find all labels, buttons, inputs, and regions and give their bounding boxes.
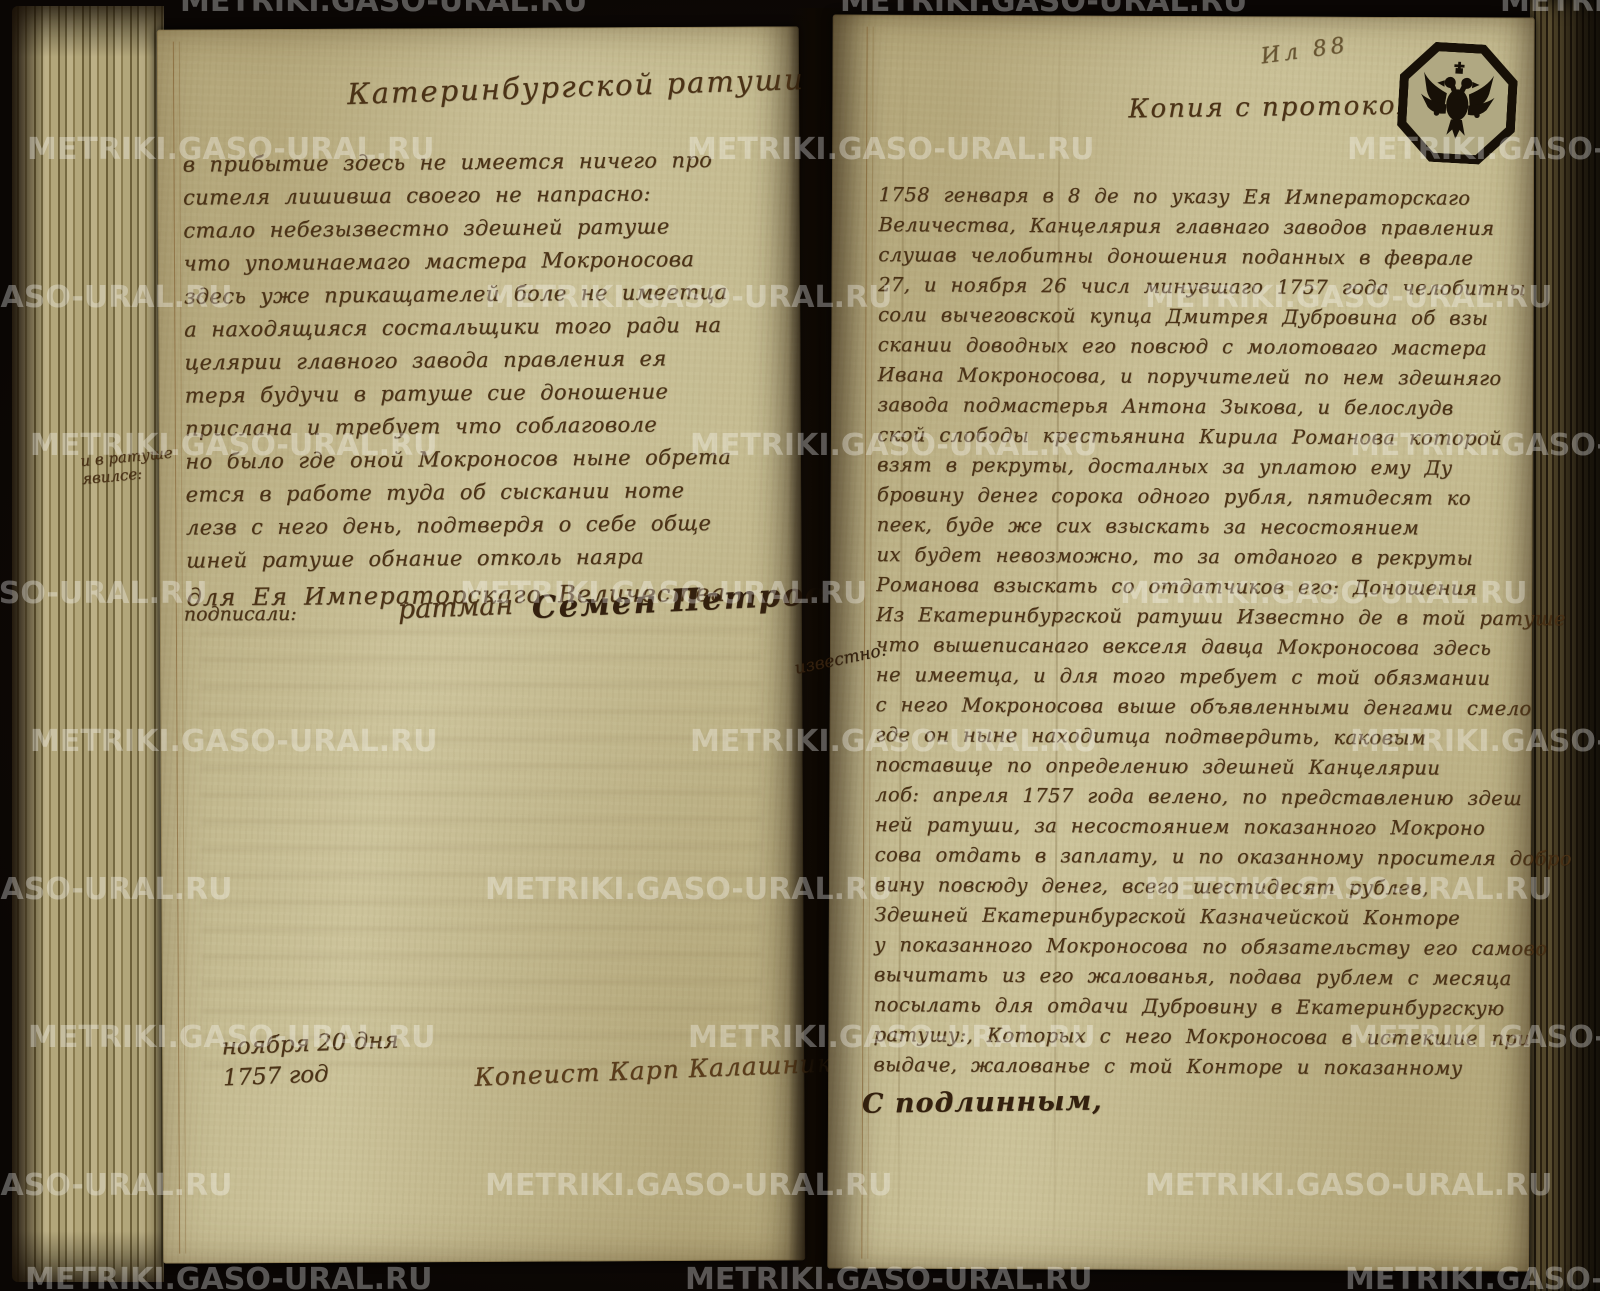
manuscript-line: поставице по определению здешней Канцеля… bbox=[875, 750, 1531, 784]
left-page-body: в прибытие здесь не имеется ничего проси… bbox=[183, 143, 803, 614]
manuscript-line: в прибытие здесь не имеется ничего про bbox=[183, 143, 799, 181]
manuscript-line: шней ратуше обнание отколь наяра bbox=[186, 539, 802, 577]
manuscript-line: Ивана Мокроносова, и поручителей по нем … bbox=[878, 360, 1534, 394]
manuscript-line: вину повсюду денег, всего шестидесят руб… bbox=[874, 870, 1530, 904]
manuscript-line: стало небезызвестно здешней ратуше bbox=[183, 209, 799, 247]
manuscript-line: ской слободы крестьянина Кирила Романова… bbox=[877, 420, 1533, 454]
left-page: Катеринбургской ратуши в прибытие здесь … bbox=[157, 26, 805, 1263]
manuscript-line: теря будучи в ратуше сие доношение bbox=[185, 374, 801, 412]
manuscript-line: не имеетца, и для того требует с той обя… bbox=[876, 660, 1532, 694]
manuscript-line: взят в рекруты, досталных за уплатою ему… bbox=[877, 450, 1533, 484]
manuscript-line: 27, и ноября 26 числ минувшаго 1757 года… bbox=[878, 270, 1534, 304]
manuscript-line: лезв с него день, подтвердя о себе обще bbox=[186, 506, 802, 544]
manuscript-line: ней ратуши, за несостоянием показанного … bbox=[875, 810, 1531, 844]
manuscript-line: с него Мокроносова выше объявленными ден… bbox=[876, 690, 1532, 724]
manuscript-line: Здешней Екатеринбургской Казначейской Ко… bbox=[874, 900, 1530, 934]
date-block: ноября 20 дня 1757 год bbox=[221, 1025, 400, 1094]
manuscript-line: где он ныне находитца подтвердить, каков… bbox=[875, 720, 1531, 754]
manuscript-line: скании доводных его повсюд с молотоваго … bbox=[878, 330, 1534, 364]
manuscript-scan: Катеринбургской ратуши в прибытие здесь … bbox=[0, 0, 1600, 1291]
left-margin-note: и в ратуше явилсе: bbox=[80, 444, 175, 488]
manuscript-line: здесь уже прикащателей боле не имеетца bbox=[184, 275, 800, 313]
manuscript-line: сителя лишивша своего не напрасно: bbox=[183, 176, 799, 214]
manuscript-line: соли вычеговской купца Дмитрея Дубровина… bbox=[878, 300, 1534, 334]
manuscript-line: что упоминаемаго мастера Мокроносова bbox=[183, 242, 799, 280]
left-page-header: Катеринбургской ратуши bbox=[347, 62, 806, 111]
manuscript-line: Из Екатеринбургской ратуши Известно де в… bbox=[876, 600, 1532, 634]
archive-stamp bbox=[1395, 40, 1520, 166]
manuscript-line: пеек, буде же сих взыскать за несостояни… bbox=[877, 510, 1533, 544]
right-page-body: 1758 генваря в 8 де по указу Ея Императо… bbox=[873, 180, 1534, 1084]
manuscript-line: завода подмастерья Антона Зыкова, и бело… bbox=[877, 390, 1533, 424]
manuscript-line: сова отдать в заплату, и по оказанному п… bbox=[875, 840, 1531, 874]
date-line: 1757 год bbox=[222, 1056, 400, 1094]
manuscript-line: Романова взыскать со отдатчиков его: Дон… bbox=[876, 570, 1532, 604]
book-page-edges-left bbox=[12, 6, 164, 1282]
book-page-edges-right bbox=[1530, 0, 1600, 1291]
manuscript-line: слушав челобитны доношения поданных в фе… bbox=[878, 240, 1534, 274]
attestation-word: подписали: bbox=[184, 603, 297, 626]
manuscript-line: но было где оной Мокроносов ныне обрета bbox=[185, 440, 801, 478]
manuscript-line: лоб: апреля 1757 года велено, по предста… bbox=[875, 780, 1531, 814]
manuscript-line: выдаче, жалованье с той Конторе и показа… bbox=[873, 1050, 1529, 1084]
manuscript-line: бровину денег сорока одного рубля, пятид… bbox=[877, 480, 1533, 514]
manuscript-line: целярии главного завода правления ея bbox=[184, 341, 800, 379]
manuscript-line: вычитать из его жалованья, подава рублем… bbox=[874, 960, 1530, 994]
corner-annotation: Ил 88 bbox=[1259, 33, 1350, 70]
closing-line: С подлинным, bbox=[862, 1086, 1103, 1120]
manuscript-line: их будет невозможно, то за отданого в ре… bbox=[876, 540, 1532, 574]
manuscript-line: посылать для отдачи Дубровину в Екатерин… bbox=[874, 990, 1530, 1024]
double-headed-eagle-icon bbox=[1409, 54, 1506, 153]
manuscript-line: ратушу:, Которых с него Мокроносова в ис… bbox=[873, 1020, 1529, 1054]
manuscript-line: ется в работе туда об сыскании ноте bbox=[185, 473, 801, 511]
manuscript-line: Величества, Канцелярия главнаго заводов … bbox=[878, 210, 1534, 244]
manuscript-line: у показанного Мокроносова по обязательст… bbox=[874, 930, 1530, 964]
right-page: Ил 88 Копия с протокола bbox=[827, 14, 1534, 1271]
stamp-inner bbox=[1405, 49, 1511, 157]
ink-showthrough bbox=[200, 627, 762, 1090]
manuscript-line: 1758 генваря в 8 де по указу Ея Императо… bbox=[879, 180, 1535, 214]
watermark-text: METRIKI.GASO-URAL.RU bbox=[180, 0, 588, 19]
manuscript-line: что вышеписанаго векселя давца Мокроносо… bbox=[876, 630, 1532, 664]
manuscript-line: прислана и требует что соблаговоле bbox=[185, 407, 801, 445]
right-page-header: Копия с протокола bbox=[1128, 90, 1433, 124]
signature-title: ратман bbox=[397, 590, 513, 626]
manuscript-line: а находящияся состальщики того ради на bbox=[184, 308, 800, 346]
